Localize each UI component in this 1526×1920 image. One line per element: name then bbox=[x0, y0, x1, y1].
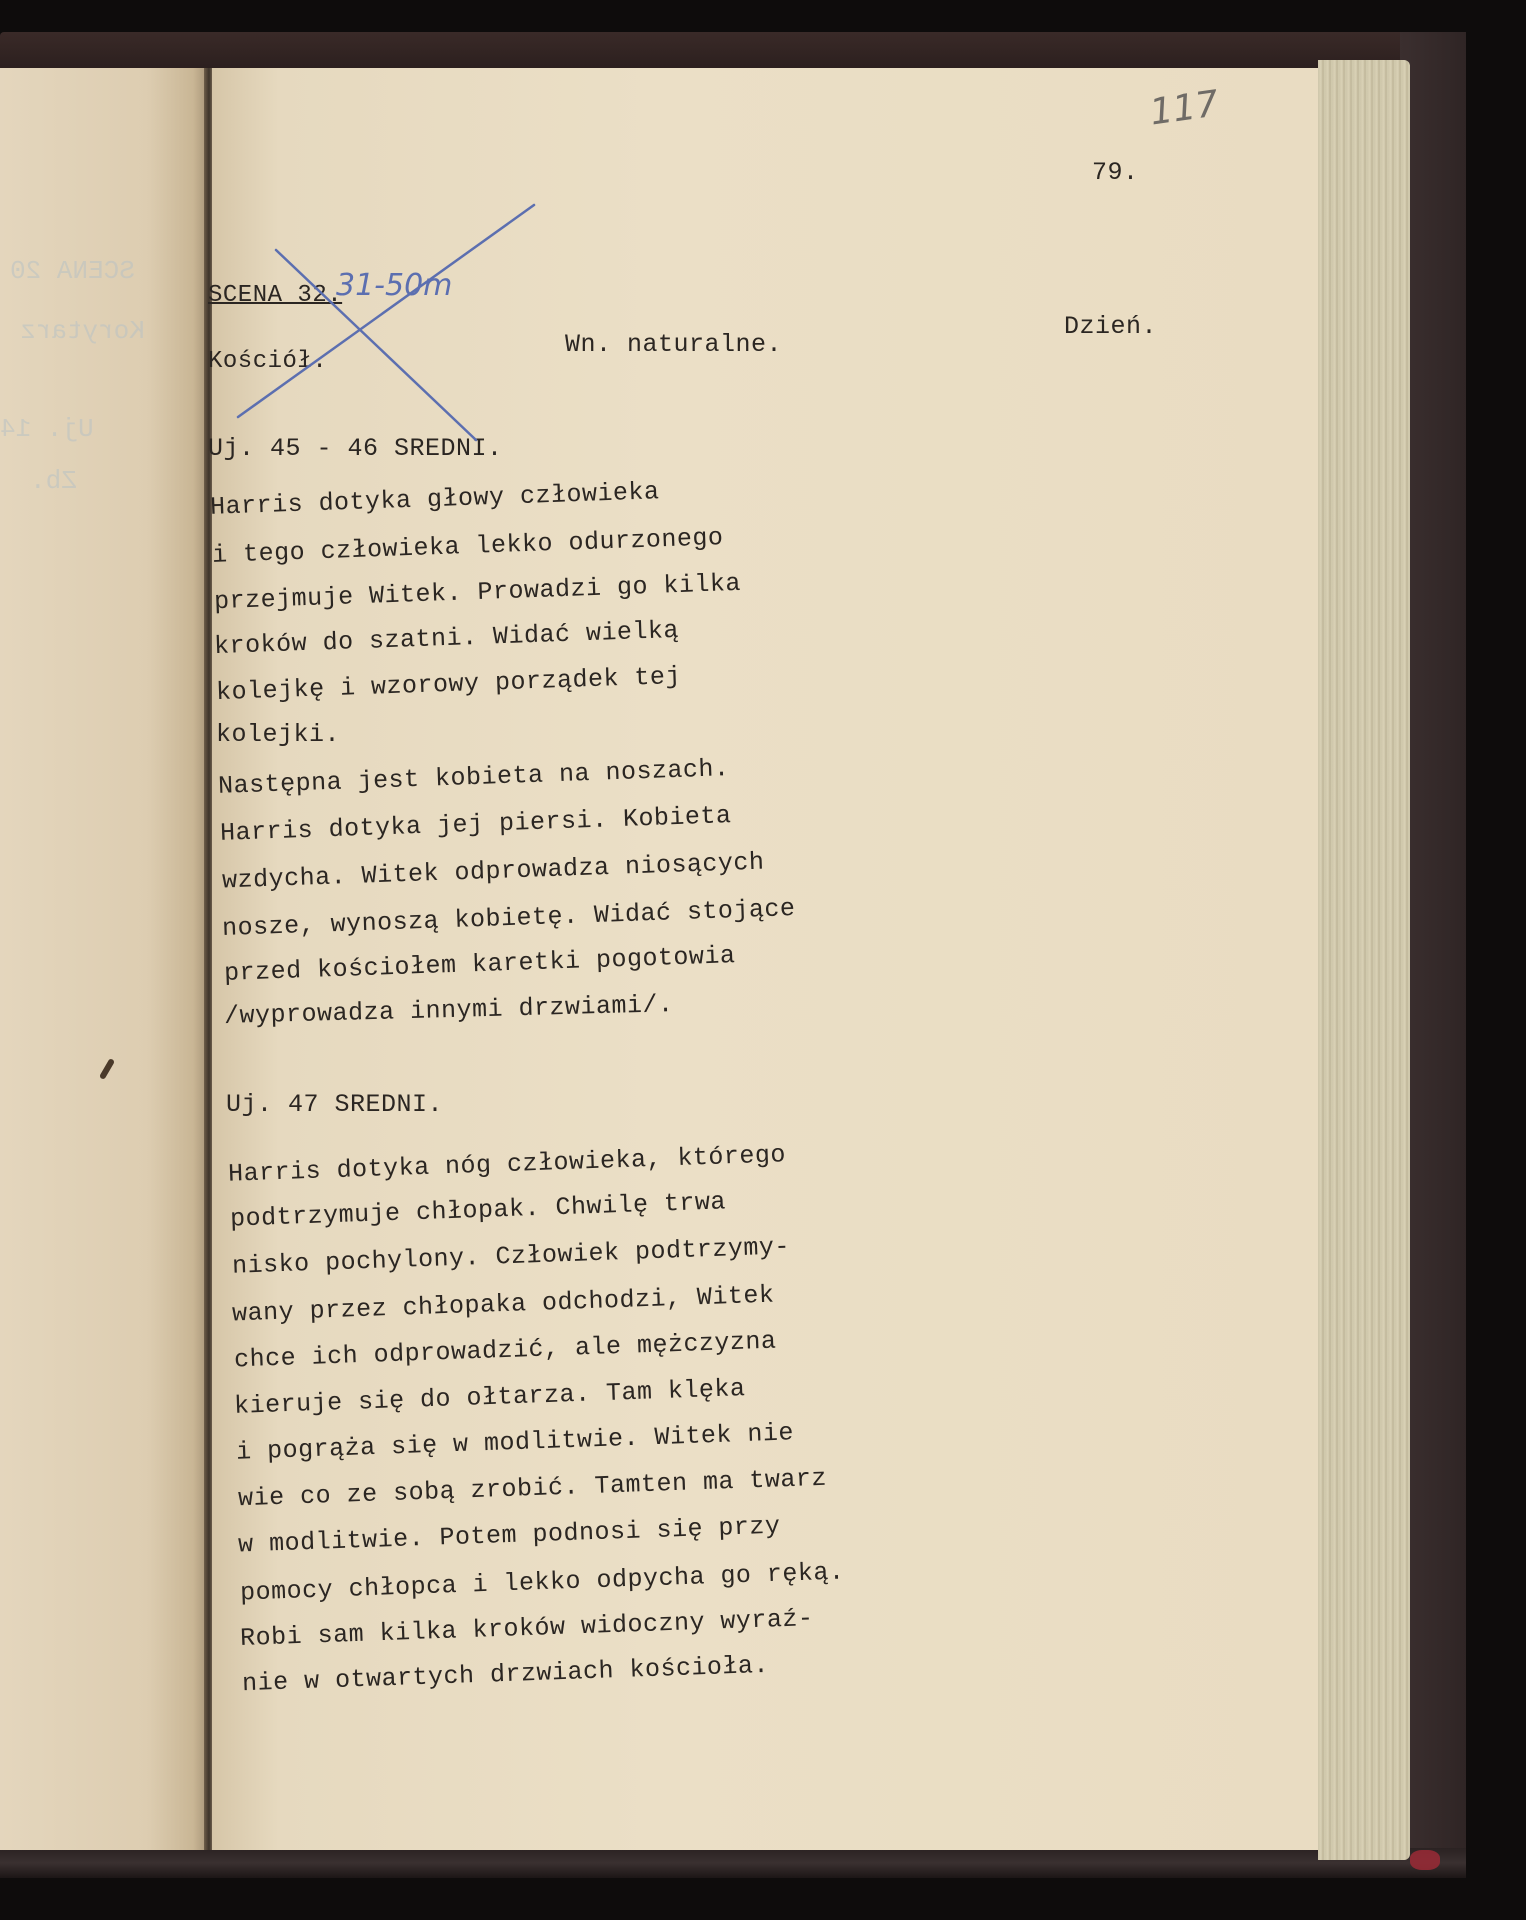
scene-heading: SCENA 32. bbox=[208, 282, 342, 309]
shot-heading: Uj. 47 SREDNI. bbox=[226, 1090, 443, 1119]
script-line: kolejki. bbox=[216, 720, 340, 749]
left-page: SCENA 20 Korytarz Uj. 14 Zb. bbox=[0, 68, 210, 1850]
shot-heading: Uj. 45 - 46 SREDNI. bbox=[208, 434, 503, 463]
bleedthrough-text: Zb. bbox=[30, 466, 77, 496]
bleedthrough-text: Korytarz bbox=[20, 316, 145, 346]
red-corner-mark bbox=[1410, 1850, 1440, 1870]
book-cover-top bbox=[0, 32, 1440, 70]
book-cover-bottom bbox=[0, 1848, 1466, 1878]
handwritten-annotation: 31-50m bbox=[336, 268, 452, 303]
page-number: 79. bbox=[1092, 158, 1139, 187]
scene-time: Dzień. bbox=[1064, 312, 1157, 341]
page-edges bbox=[1318, 60, 1410, 1860]
bleedthrough-text: SCENA 20 bbox=[10, 256, 135, 286]
bleedthrough-text: Uj. 14 bbox=[0, 414, 94, 444]
scene-location: Kościół. bbox=[208, 348, 327, 375]
scene-setting: Wn. naturalne. bbox=[565, 330, 782, 359]
